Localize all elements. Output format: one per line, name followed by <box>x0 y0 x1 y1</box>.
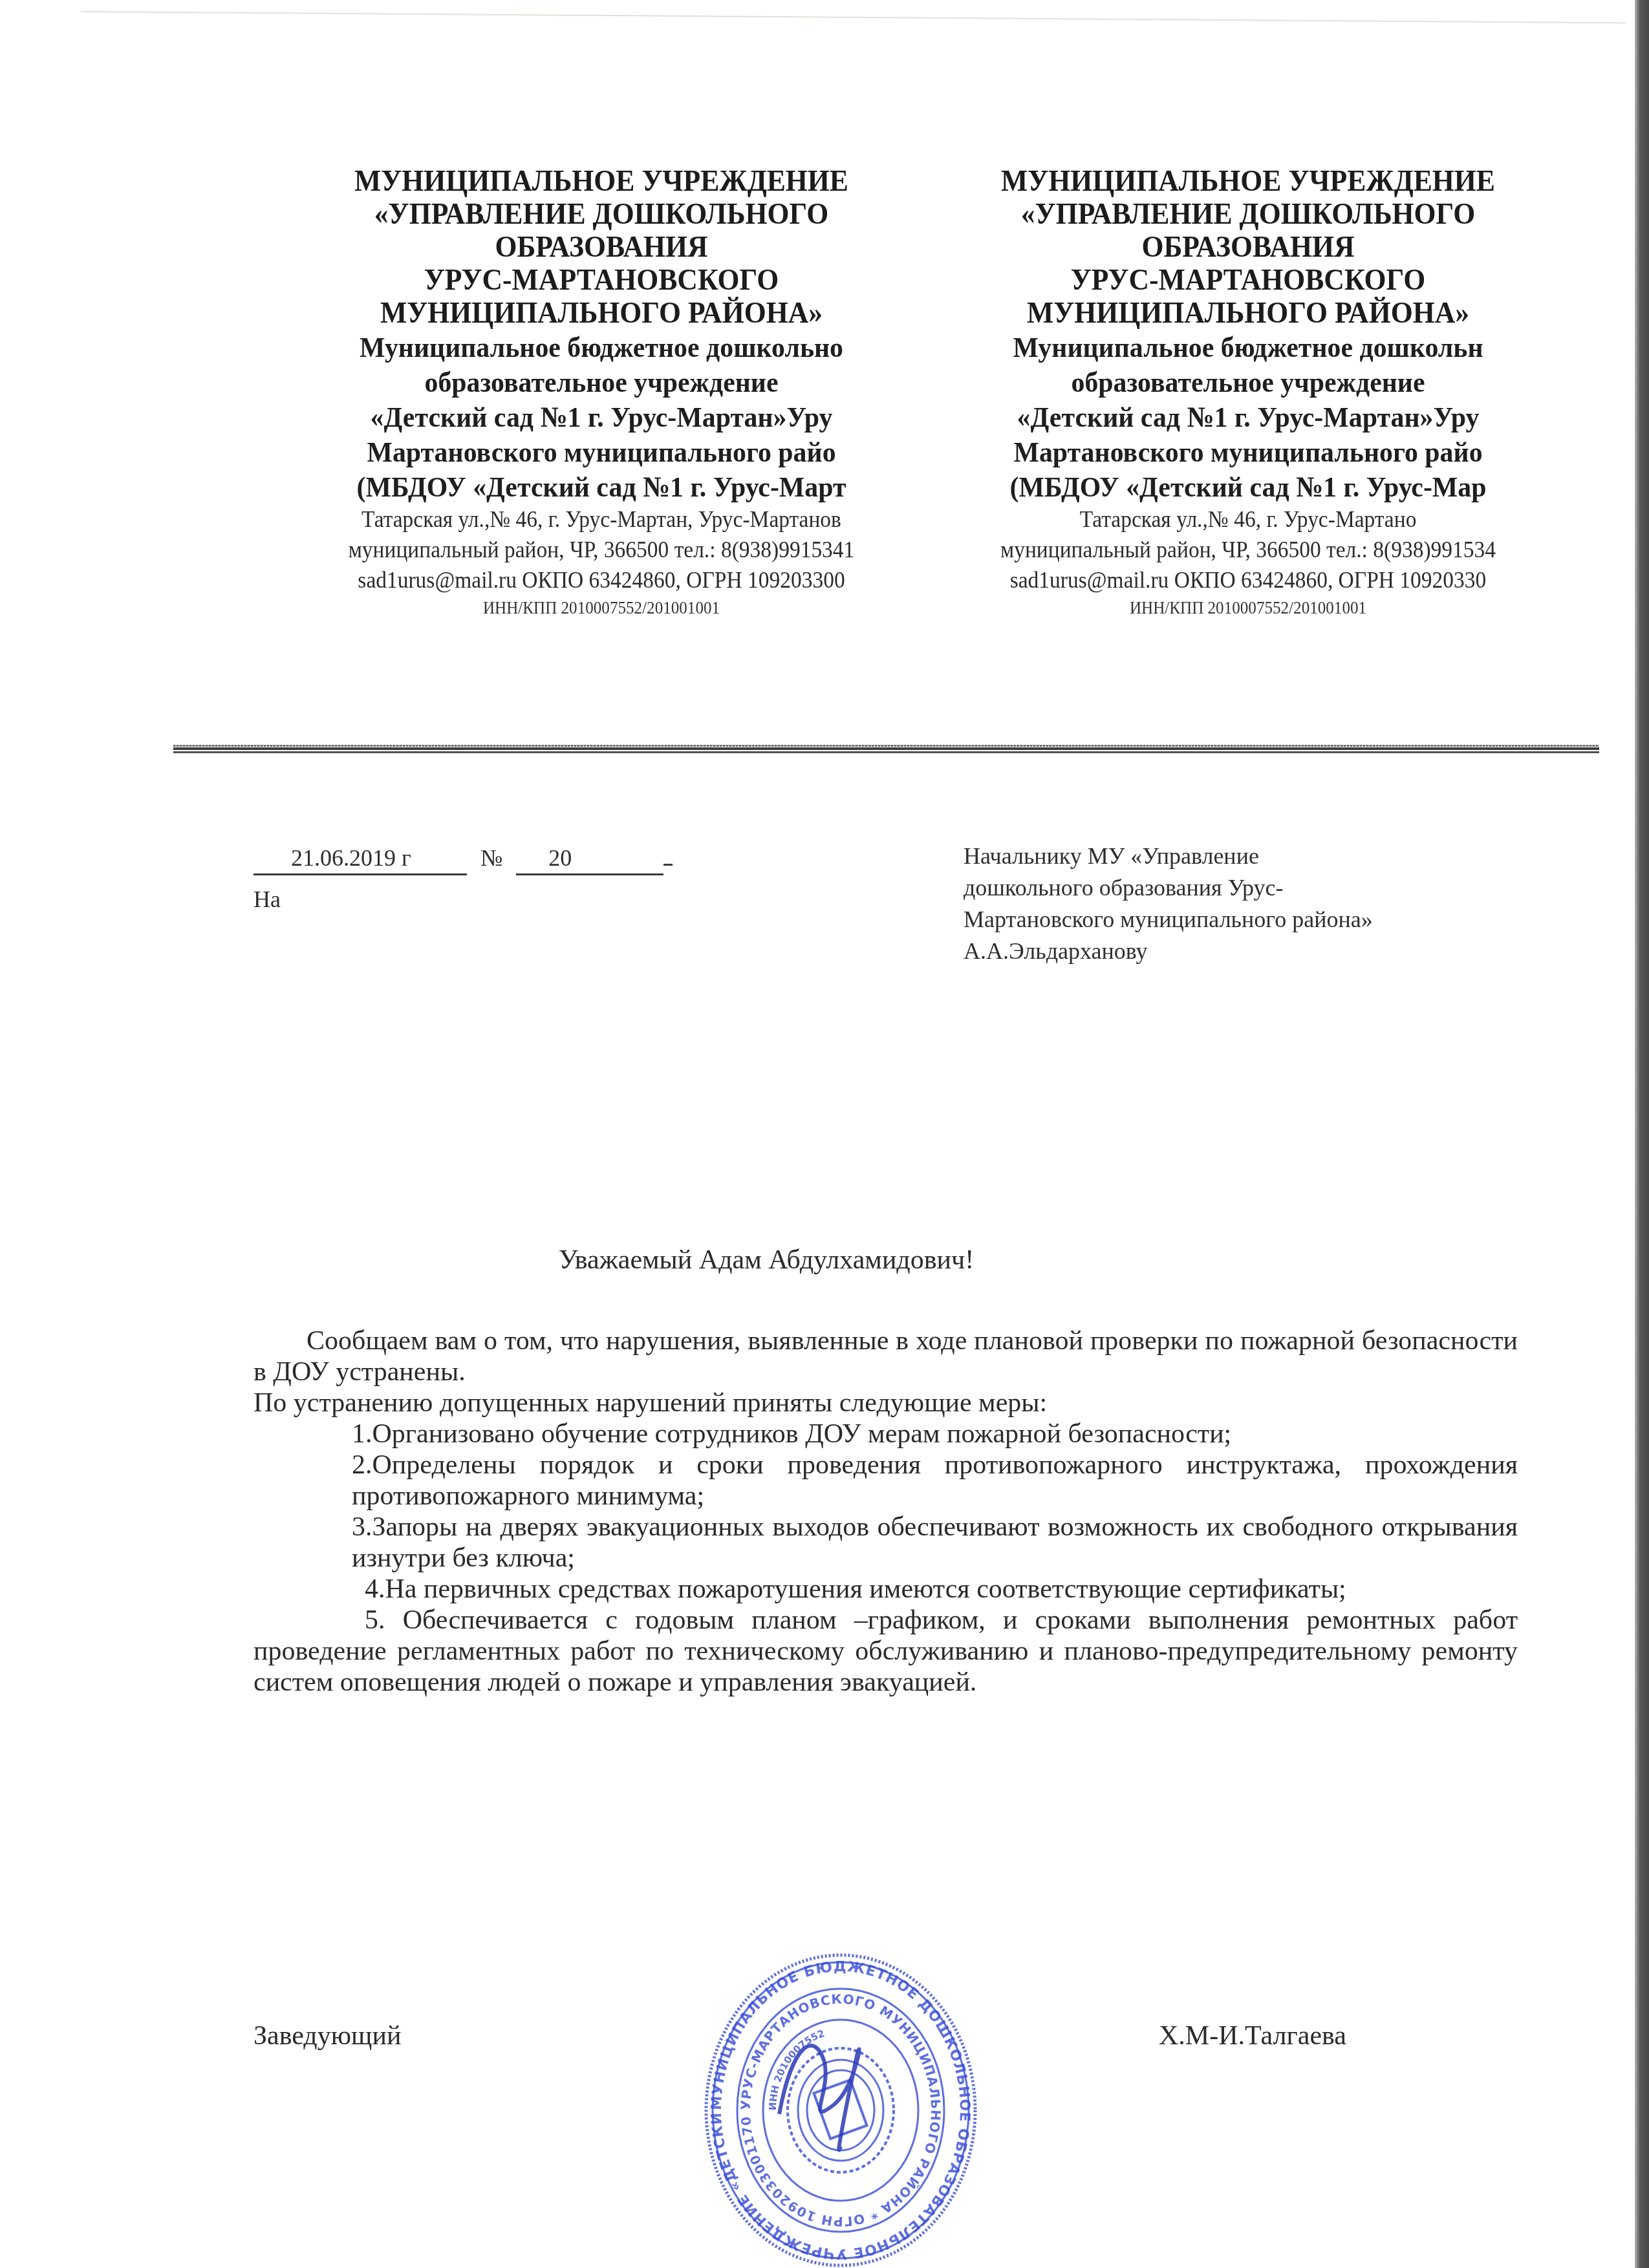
address-line: sad1urus@mail.ru ОКПО 63424860, ОГРН 109… <box>272 565 912 595</box>
addressee-line: дошкольного образования Урус- <box>964 872 1373 904</box>
org-name-line: МУНИЦИПАЛЬНОГО РАЙОНА» <box>918 297 1558 330</box>
letterhead-divider <box>173 745 1599 753</box>
institution-line: Муниципальное бюджетное дошкольн <box>918 330 1558 365</box>
org-name-line: «УПРАВЛЕНИЕ ДОШКОЛЬНОГО <box>272 198 912 231</box>
address-line: Татарская ул.,№ 46, г. Урус-Мартан, Урус… <box>272 504 912 535</box>
institution-line: Мартановского муниципального райо <box>918 434 1558 469</box>
org-name-line: МУНИЦИПАЛЬНОЕ УЧРЕЖДЕНИЕ <box>918 165 1558 198</box>
registration-line: 21.06.2019 г № 20 <box>253 844 673 875</box>
salutation: Уважаемый Адам Абдулхамидович! <box>0 1245 1649 1276</box>
address-line: sad1urus@mail.ru ОКПО 63424860, ОГРН 109… <box>918 565 1558 595</box>
institution-line: «Детский сад №1 г. Урус-Мартан»Уру <box>918 400 1558 434</box>
org-name-line: ОБРАЗОВАНИЯ <box>918 231 1558 264</box>
measure-item: 3.Запоры на дверях эвакуационных выходов… <box>352 1512 1518 1574</box>
reply-to-label: На <box>253 886 281 913</box>
measures-lead: По устранению допущенных нарушений приня… <box>253 1387 1518 1418</box>
org-name-line: УРУС-МАРТАНОВСКОГО <box>918 264 1558 297</box>
org-name-line: МУНИЦИПАЛЬНОЕ УЧРЕЖДЕНИЕ <box>272 165 912 198</box>
letter-body: Сообщаем вам о том, что нарушения, выявл… <box>253 1325 1518 1698</box>
org-name-line: ОБРАЗОВАНИЯ <box>272 231 912 264</box>
measure-item: 4.На первичных средствах пожаротушения и… <box>253 1574 1518 1605</box>
letterhead-block-right: МУНИЦИПАЛЬНОЕ УЧРЕЖДЕНИЕ «УПРАВЛЕНИЕ ДОШ… <box>918 165 1558 620</box>
registration-number: 20 <box>516 844 663 875</box>
stamp-seal-icon: МУНИЦИПАЛЬНОЕ БЮДЖЕТНОЕ ДОШКОЛЬНОЕ ОБРАЗ… <box>702 1952 980 2268</box>
measure-item: 2.Определены порядок и сроки проведения … <box>352 1450 1518 1512</box>
scanned-letter-page: МУНИЦИПАЛЬНОЕ УЧРЕЖДЕНИЕ «УПРАВЛЕНИЕ ДОШ… <box>0 0 1649 2268</box>
institution-line: Мартановского муниципального райо <box>272 434 912 469</box>
addressee-line: Мартановского муниципального района» <box>964 904 1373 936</box>
inn-kpp-line: ИНН/КПП 2010007552/201001001 <box>918 595 1558 620</box>
intro-paragraph: Сообщаем вам о том, что нарушения, выявл… <box>253 1325 1518 1387</box>
inn-kpp-line: ИНН/КПП 2010007552/201001001 <box>272 595 912 620</box>
address-line: муниципальный район, ЧР, 366500 тел.: 8(… <box>918 535 1558 565</box>
official-stamp: МУНИЦИПАЛЬНОЕ БЮДЖЕТНОЕ ДОШКОЛЬНОЕ ОБРАЗ… <box>702 1952 980 2268</box>
measure-item: 5. Обеспечивается с годовым планом –граф… <box>253 1605 1518 1698</box>
signatory-name: Х.М-И.Талгаева <box>1159 2020 1346 2051</box>
signatory-title: Заведующий <box>253 2020 401 2051</box>
institution-line: образовательное учреждение <box>918 365 1558 400</box>
institution-line: образовательное учреждение <box>272 365 912 400</box>
measure-item: 1.Организовано обучение сотрудников ДОУ … <box>352 1418 1518 1450</box>
institution-line: (МБДОУ «Детский сад №1 г. Урус-Мар <box>918 469 1558 504</box>
registration-date: 21.06.2019 г <box>253 844 467 875</box>
addressee-block: Начальнику МУ «Управление дошкольного об… <box>964 840 1373 967</box>
addressee-line: Начальнику МУ «Управление <box>964 840 1373 872</box>
institution-line: (МБДОУ «Детский сад №1 г. Урус-Март <box>272 469 912 504</box>
letterhead-block-left: МУНИЦИПАЛЬНОЕ УЧРЕЖДЕНИЕ «УПРАВЛЕНИЕ ДОШ… <box>272 165 912 620</box>
org-name-line: УРУС-МАРТАНОВСКОГО <box>272 264 912 297</box>
addressee-line: А.А.Эльдарханову <box>964 936 1373 967</box>
number-sign: № <box>480 845 502 871</box>
address-line: муниципальный район, ЧР, 366500 тел.: 8(… <box>272 535 912 565</box>
org-name-line: «УПРАВЛЕНИЕ ДОШКОЛЬНОГО <box>918 198 1558 231</box>
institution-line: «Детский сад №1 г. Урус-Мартан»Уру <box>272 400 912 434</box>
org-name-line: МУНИЦИПАЛЬНОГО РАЙОНА» <box>272 297 912 330</box>
address-line: Татарская ул.,№ 46, г. Урус-Мартано <box>918 504 1558 535</box>
institution-line: Муниципальное бюджетное дошкольно <box>272 330 912 365</box>
scan-artifact-line <box>81 11 1626 24</box>
scanner-edge-shadow <box>1635 0 1649 2268</box>
